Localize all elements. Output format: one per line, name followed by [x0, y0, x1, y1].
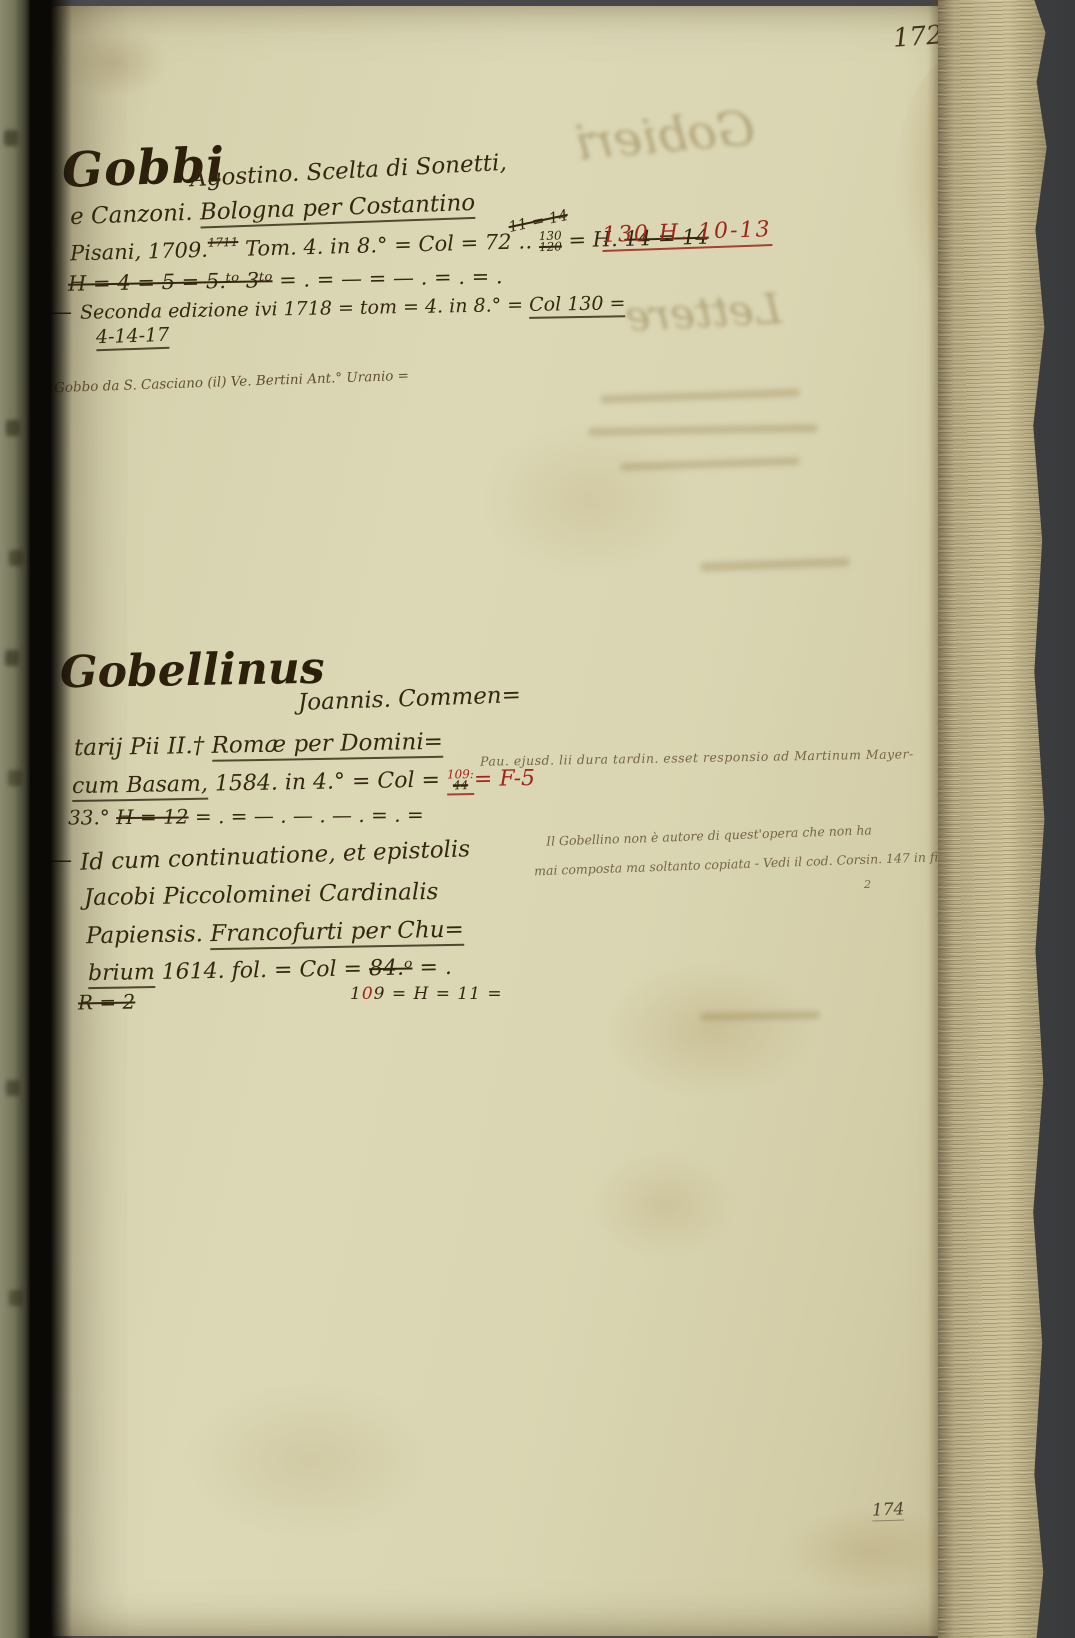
previous-page-ink-marks [4, 130, 18, 146]
gobellinus-shelfmark-red-digit: 0 [362, 984, 374, 1004]
gobellinus-continuation-year: 1614. fol. = Col = [154, 956, 369, 985]
gobellinus-shelfmark-mixed: 109 = H = 11 = [350, 984, 503, 1004]
gobellinus-pressmark-struck-r2: R = 2 [78, 990, 136, 1015]
gobbi-shelfmark-red: 130 H. 10-13 [602, 217, 772, 252]
gobbi-column-bottom-struck: 120 [539, 241, 562, 253]
gobbi-shelfmark-line: 4-14-17 [96, 324, 170, 352]
gobellinus-shelfmark-rest: 9 = H = 11 = [374, 984, 503, 1004]
gobellinus-pressmark-struck: H = 12 [116, 805, 189, 830]
gobellinus-continuation-papiensis: Papiensis. [86, 921, 211, 949]
gobellinus-imprint-underlined: Romæ per Domini= [211, 729, 443, 762]
gobellinus-heading: Gobellinus [60, 643, 325, 699]
gobellinus-pressmark-filler: = . = — . — . — . = . = [188, 802, 423, 828]
folio-number-bottom: 174 [872, 1499, 905, 1521]
page-stack-edge [938, 0, 1050, 1638]
gobellinus-column-fraction: 109:44 [447, 769, 474, 795]
gobellinus-pressmark-start: 33.° [68, 805, 116, 829]
gobellinus-pressmark-line: 33.° H = 12 = . = — . — . — . = . = [68, 802, 424, 829]
gobellinus-printer-underlined: cum Basam, [72, 772, 208, 802]
gobellinus-imprint-mid: 1584. in 4.° = Col = [208, 767, 448, 796]
gobellinus-continuation-line3: Papiensis. Francofurti per Chu= [86, 917, 464, 950]
gobbi-pressmark-struck: H = 4 = 5 = 5.ᵗᵒ 3ᵗᵒ [68, 268, 273, 296]
gobellinus-continuation-struck: 84.ᵒ [369, 956, 413, 982]
gobellinus-title-start: tarij Pii II.† [74, 733, 212, 761]
gobellinus-column-struck: 44 [447, 780, 474, 791]
gobbi-second-edition-col: Col 130 = [529, 292, 626, 319]
gobellinus-continuation-brium: brium [88, 960, 155, 989]
gobbi-year-correction: 1711 [208, 235, 239, 250]
gobbi-pressmark-filler: = . = — = — . = . = . [272, 264, 502, 292]
gobellinus-continuation-underlined: Francofurti per Chu= [210, 917, 464, 950]
show-through-text: Lettere [624, 284, 783, 341]
binding-gutter-shadow [24, 0, 72, 1638]
gobellinus-title-line2: tarij Pii II.† Romæ per Domini= [74, 729, 443, 761]
previous-page-edge [0, 0, 30, 1638]
manuscript-scan: Gobieri Lettere 172 174 Gobbi Agostino. … [0, 0, 1075, 1638]
gobellinus-shelfmark-red: = F-5 [474, 766, 536, 792]
gobellinus-shelfmark-digit1: 1 [350, 984, 362, 1004]
gobbi-column-fraction: 130120 [539, 230, 562, 253]
gobellinus-italian-note-line3: 2 [864, 878, 871, 891]
gobbi-imprint-start: e Canzoni. [70, 200, 201, 231]
gobellinus-continuation-tail: = . [412, 955, 452, 981]
gobbi-imprint-year: Pisani, 1709. [70, 238, 208, 266]
